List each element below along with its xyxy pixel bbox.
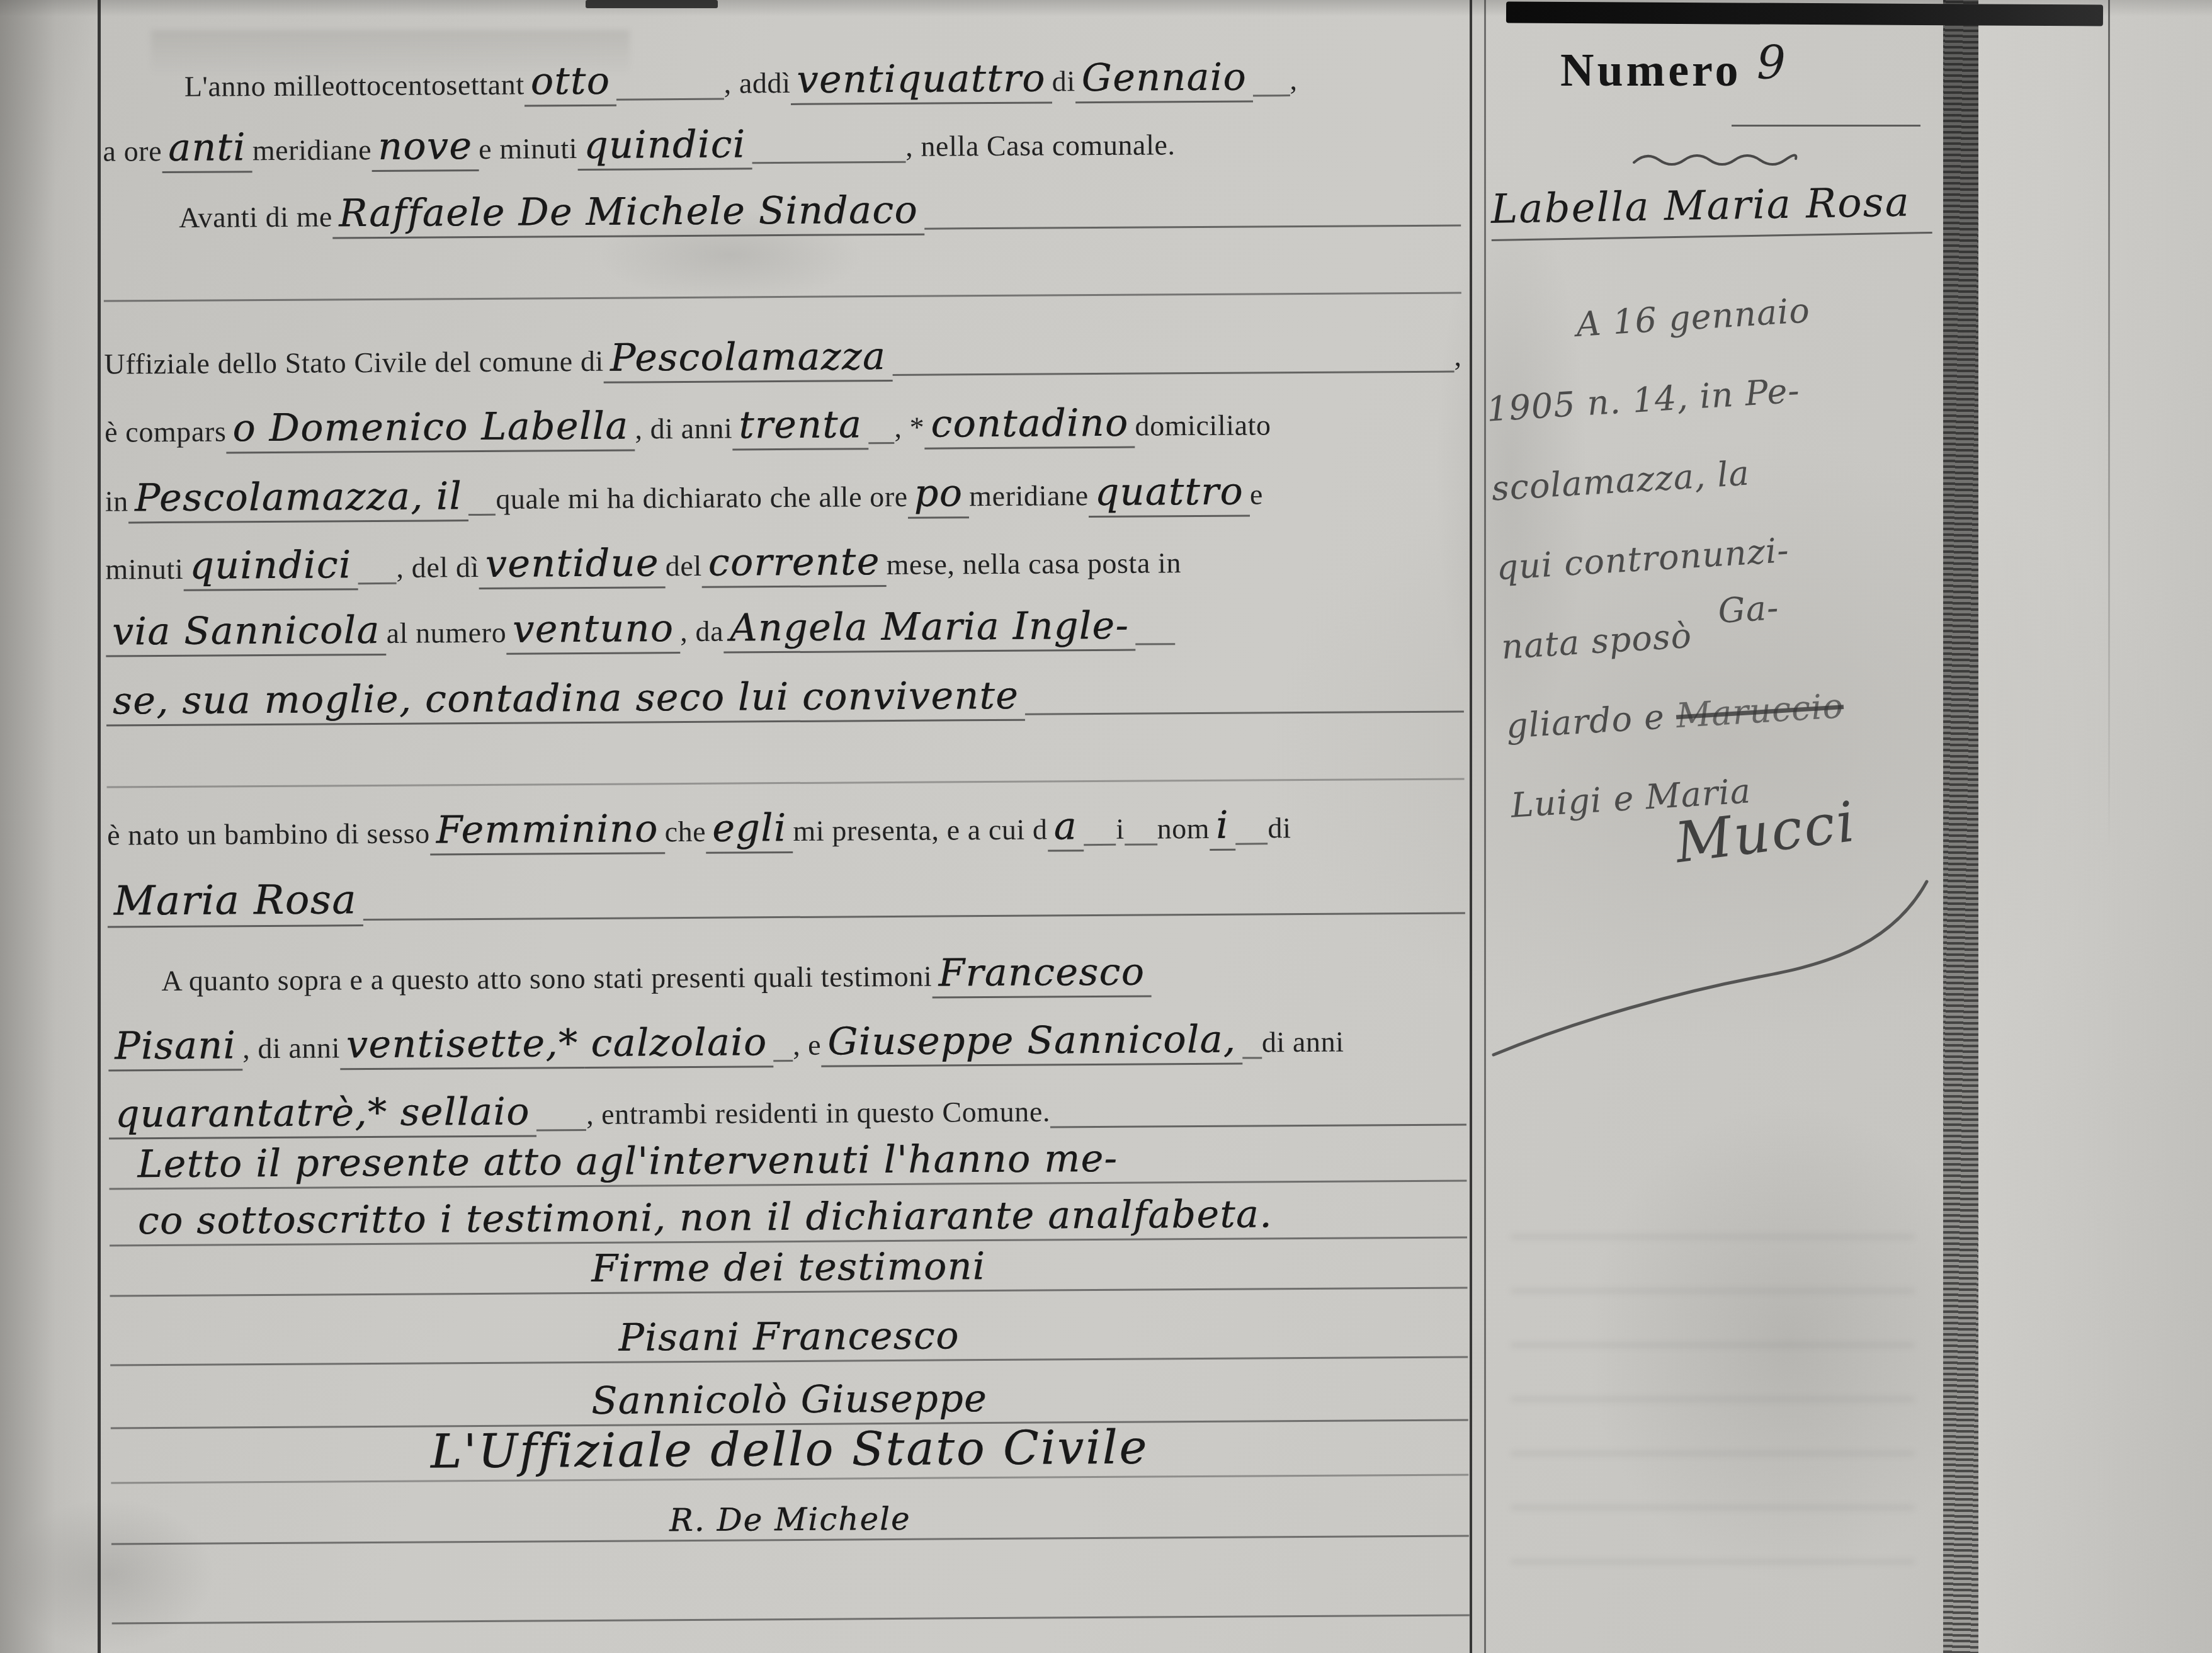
printed-segment: in <box>105 484 128 518</box>
official-title-script: L'Uffiziale dello Stato Civile <box>424 1420 1155 1480</box>
handwritten-birth-hour-entry: quattro <box>1088 470 1250 518</box>
printed-segment: di <box>1052 64 1075 98</box>
official-title-row: L'Uffiziale dello Stato Civile <box>111 1414 1469 1484</box>
handwritten-witness1-surname: Pisani <box>108 1023 242 1071</box>
blank-rule <box>1235 843 1268 844</box>
handwritten-birth-day-entry: ventidue <box>479 541 666 589</box>
handwritten-witness2-name: Giuseppe Sannicola, <box>821 1018 1243 1067</box>
blank-rule <box>358 582 397 584</box>
printed-segment: mese, nella casa posta in <box>886 546 1181 581</box>
printed-segment: , <box>1290 63 1297 96</box>
handwritten-declarant-name: o Domenico Labella <box>226 404 635 453</box>
act-line-witnesses-intro: A quanto sopra e a questo atto sono stat… <box>108 948 1465 1003</box>
printed-segment: e minuti <box>479 132 577 166</box>
handwritten-hour-entry: nove <box>372 124 479 172</box>
printed-segment: al numero <box>386 616 506 650</box>
form-frame-left-border <box>98 0 101 1653</box>
signature-flourish-icon <box>1486 863 1952 1071</box>
printed-segment: Uffiziale dello Stato Civile del comune … <box>104 344 604 381</box>
handwritten-witness2-profession: sellaio <box>394 1089 536 1137</box>
blank-rule <box>924 224 1461 229</box>
page-left-fold-shadow <box>0 0 101 1653</box>
margin-child-name: Labella Maria Rosa <box>1490 179 1932 241</box>
handwritten-segment: il <box>429 474 468 521</box>
blank-rule <box>1242 1057 1262 1059</box>
act-line-commune: Uffiziale dello Stato Civile del comune … <box>104 331 1461 386</box>
closing-formula-row-1: Letto il presente atto agl'intervenuti l… <box>109 1129 1466 1190</box>
blank-rule <box>868 442 894 444</box>
adjacent-page-edge <box>1978 0 2212 1653</box>
printed-segment: di anni <box>1262 1025 1344 1059</box>
printed-segment: meridiane <box>969 479 1089 513</box>
handwritten-closing-line2: co sottoscritto i testimoni, non il dich… <box>132 1192 1279 1244</box>
numero-underline <box>1732 125 1920 127</box>
handwritten-street-entry: via Sannicola <box>106 608 387 657</box>
printed-segment: del <box>666 549 702 582</box>
handwritten-month-ref-entry: corrente <box>701 540 886 588</box>
handwritten-profession-entry: contadino <box>924 401 1135 450</box>
handwritten-sex-entry: Femminino <box>429 807 664 855</box>
printed-segment: , * <box>894 411 924 444</box>
handwritten-day-entry: ventiquattro <box>790 56 1052 105</box>
act-line-witness1: Pisani, di anniventisette,*calzolaio, eG… <box>108 1016 1466 1071</box>
printed-segment: L'anno milleottocentosettant <box>184 68 525 103</box>
handwritten-witness1-firstname: Francesco <box>932 950 1151 998</box>
handwritten-year-entry: otto <box>524 59 616 107</box>
act-line-mother: se, sua moglie, contadina seco lui convi… <box>106 671 1464 726</box>
flourish-icon <box>1631 150 1801 169</box>
act-line-declarant: è comparso Domenico Labella, di annitren… <box>105 399 1462 454</box>
act-line-child-name: Maria Rosa <box>107 870 1465 928</box>
blank-rule <box>1050 1123 1466 1128</box>
printed-segment: , nella Casa comunale. <box>905 128 1176 163</box>
printed-segment: minuti <box>105 552 183 586</box>
handwritten-minutes-entry: quindici <box>577 122 752 171</box>
blank-rule <box>1253 94 1290 96</box>
official-signature-row: R. De Michele <box>111 1487 1468 1545</box>
act-line-address: via Sannicolaal numeroventuno, daAngela … <box>106 601 1463 657</box>
witness-signatures-heading-row: Firme dei testimoni <box>110 1239 1467 1297</box>
annotation-text: gliardo e <box>1505 697 1666 746</box>
closing-formula-row-2: co sottoscritto i testimoni, non il dich… <box>110 1189 1467 1246</box>
act-line-hour: a oreantimeridianenovee minutiquindici, … <box>103 118 1460 173</box>
printed-segment: è compars <box>105 414 226 448</box>
printed-segment: , <box>1454 339 1461 372</box>
printed-segment: , entrambi residenti in questo Comune. <box>586 1094 1050 1131</box>
printed-segment: mi presenta, e a cui d <box>793 812 1047 847</box>
act-text-column: L'anno milleottocentosettantotto, addìve… <box>102 0 1473 1653</box>
witness1-signature-row: Pisani Francesco <box>110 1309 1468 1366</box>
empty-ruled-row <box>111 1557 1470 1624</box>
printed-segment: Avanti di me <box>179 200 332 234</box>
handwritten-segment: a <box>1047 804 1084 851</box>
printed-segment: , addì <box>724 66 791 100</box>
marriage-annotation: A 16 gennaio 1905 n. 14, in Pe- scolamaz… <box>1480 264 1954 845</box>
annotation-struck-name: Maruccio <box>1675 686 1845 736</box>
handwritten-mother-name: Angela Maria Ingle- <box>723 604 1136 654</box>
handwritten-witness1-profession: calzolaio <box>584 1020 774 1069</box>
handwritten-commune-entry: Pescolamazza <box>604 334 893 383</box>
printed-segment: i <box>1116 812 1125 846</box>
blank-rule <box>1025 710 1464 715</box>
handwritten-house-number-entry: ventuno <box>506 606 681 655</box>
printed-segment: che <box>664 815 706 848</box>
act-line-official: Avanti di meRaffaele De Michele Sindaco <box>103 185 1461 240</box>
printed-segment: , e <box>793 1028 822 1062</box>
printed-segment: , di anni <box>635 412 732 446</box>
handwritten-signatures-heading: Firme dei testimoni <box>585 1244 992 1292</box>
handwritten-meridian-entry: anti <box>162 125 252 173</box>
witness1-signature: Pisani Francesco <box>612 1314 966 1361</box>
blank-ruled-line <box>104 292 1461 302</box>
numero-value: 9 <box>1757 37 1786 89</box>
handwritten-birth-minutes-entry: quindici <box>183 543 358 591</box>
blank-ruled-line <box>107 778 1465 788</box>
handwritten-witness2-age: quarantatrè,* <box>109 1091 394 1140</box>
blank-rule <box>468 514 496 516</box>
handwritten-meridian-entry: po <box>907 471 969 519</box>
printed-segment: a ore <box>103 134 162 168</box>
blank-rule <box>536 1129 586 1131</box>
printed-segment: nom <box>1157 812 1210 846</box>
margin-column: Numero 9 Labella Maria Rosa A 16 gennaio… <box>1486 0 1943 1653</box>
handwritten-segment: egli <box>706 806 793 854</box>
handwritten-age-entry: trenta <box>732 402 868 450</box>
printed-segment: meridiane <box>252 133 372 167</box>
act-line-year-date: L'anno milleottocentosettantotto, addìve… <box>103 54 1460 109</box>
scanned-birth-record-page: { "margin": { "numero_label": "Numero", … <box>0 0 2212 1653</box>
blank-rule <box>1084 844 1116 846</box>
handwritten-segment: i <box>1210 804 1235 851</box>
blank-rule <box>892 371 1454 376</box>
printed-segment: , di anni <box>242 1031 340 1065</box>
printed-segment: , del dì <box>396 550 479 584</box>
book-binding-band <box>1943 0 1978 1653</box>
adjacent-page-rule <box>2108 0 2110 850</box>
official-signature: R. De Michele <box>663 1501 917 1540</box>
handwritten-mother-details: se, sua moglie, contadina seco lui convi… <box>106 674 1026 727</box>
handwritten-month-entry: Gennaio <box>1075 55 1253 103</box>
handwritten-child-name: Maria Rosa <box>107 877 363 928</box>
act-line-birth-day: minutiquindici, del dìventiduedelcorrent… <box>105 536 1463 591</box>
handwritten-closing-line1: Letto il presente atto agl'intervenuti l… <box>131 1137 1124 1188</box>
act-line-birth-declaration: è nato un bambino di sessoFemmininocheeg… <box>107 802 1465 857</box>
handwritten-official-name: Raffaele De Michele Sindaco <box>332 188 924 239</box>
printed-segment: quale mi ha dichiarato che alle ore <box>496 480 908 516</box>
printed-segment: è nato un bambino di sesso <box>107 816 430 851</box>
printed-segment: A quanto sopra e a questo atto sono stat… <box>161 960 932 997</box>
act-line-residence: inPescolamazza,ilquale mi ha dichiarato … <box>105 468 1463 523</box>
blank-rule <box>616 98 724 101</box>
handwritten-residence-entry: Pescolamazza, <box>128 474 430 523</box>
printed-segment: di <box>1268 811 1291 844</box>
blank-rule <box>752 161 906 164</box>
blank-rule <box>774 1060 793 1062</box>
printed-segment: e <box>1250 477 1263 511</box>
blank-rule <box>363 912 1465 921</box>
printed-segment: domiciliato <box>1135 408 1271 442</box>
annotation-raised-syllable: Ga- <box>1717 588 1780 631</box>
handwritten-witness1-age: ventisette,* <box>340 1021 585 1070</box>
blank-rule <box>1125 843 1157 845</box>
printed-segment: , da <box>680 615 723 648</box>
numero-label: Numero <box>1560 44 1742 98</box>
blank-rule <box>1135 643 1175 645</box>
annotation-text: nata sposò <box>1500 616 1693 667</box>
